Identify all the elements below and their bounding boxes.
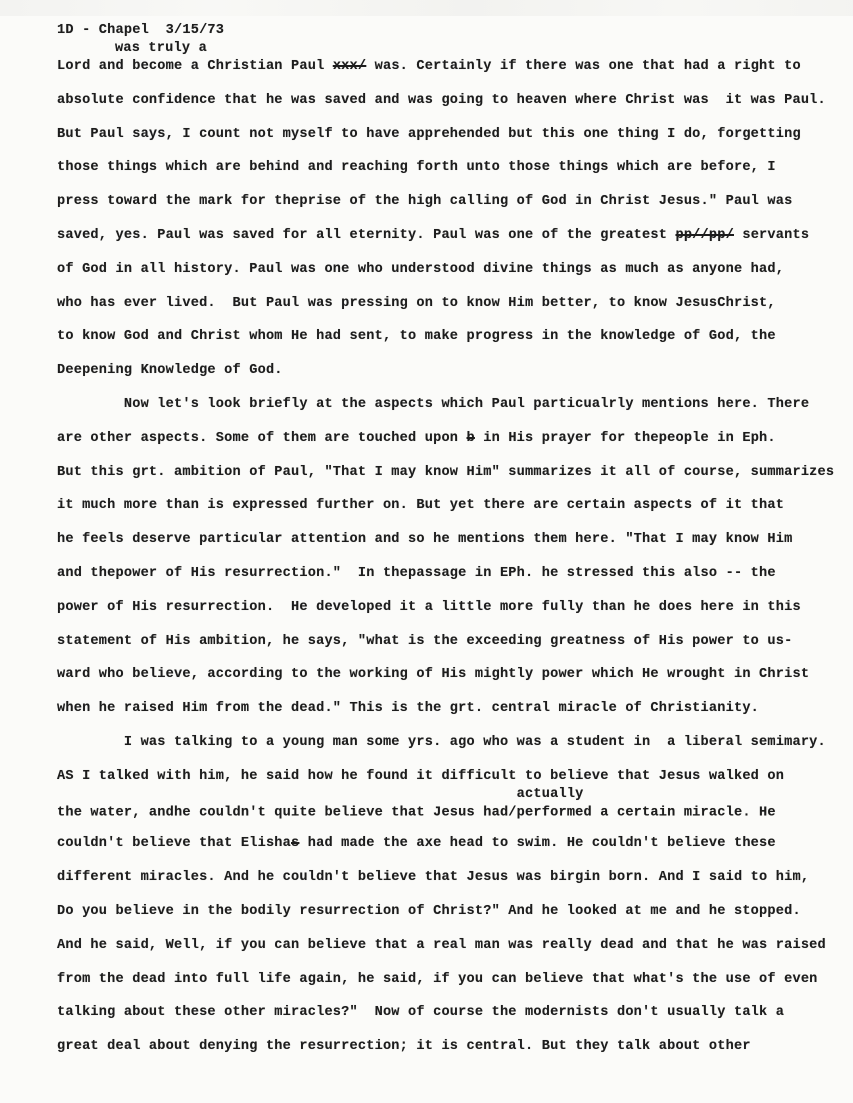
typed-line: from the dead into full life again, he s… xyxy=(57,971,843,1005)
typed-line: Now let's look briefly at the aspects wh… xyxy=(57,396,843,430)
typed-line: couldn't believe that Elishas had made t… xyxy=(57,835,843,869)
typed-text: power of His resurrection. He developed … xyxy=(57,600,801,615)
typewritten-document-page: 1D - Chapel 3/15/73 was truly a Lord and… xyxy=(0,0,853,1103)
typed-text: ward who believe, according to the worki… xyxy=(57,667,809,682)
typed-text: of God in all history. Paul was one who … xyxy=(57,262,784,277)
typed-line: I was talking to a young man some yrs. a… xyxy=(57,734,843,768)
typed-line: Deepening Knowledge of God. xyxy=(57,362,843,396)
typed-line: those things which are behind and reachi… xyxy=(57,159,843,193)
typed-text: absolute confidence that he was saved an… xyxy=(57,93,826,108)
typed-line: And he said, Well, if you can believe th… xyxy=(57,937,843,971)
typed-text: those things which are behind and reachi… xyxy=(57,160,776,175)
typed-text: had made the axe head to swim. He couldn… xyxy=(299,836,775,851)
typed-line: But Paul says, I count not myself to hav… xyxy=(57,126,843,160)
typed-line: great deal about denying the resurrectio… xyxy=(57,1038,843,1072)
typed-text: But Paul says, I count not myself to hav… xyxy=(57,127,801,142)
typed-line: are other aspects. Some of them are touc… xyxy=(57,430,843,464)
typed-text: are other aspects. Some of them are touc… xyxy=(57,431,467,446)
typed-text: Now let's look briefly at the aspects wh… xyxy=(57,397,809,412)
typed-line: it much more than is expressed further o… xyxy=(57,497,843,531)
typed-text: But this grt. ambition of Paul, "That I … xyxy=(57,465,834,480)
typed-line: power of His resurrection. He developed … xyxy=(57,599,843,633)
typed-text: great deal about denying the resurrectio… xyxy=(57,1039,751,1054)
typed-text: AS I talked with him, he said how he fou… xyxy=(57,769,784,784)
typed-text: servants xyxy=(734,228,809,243)
document-body: 1D - Chapel 3/15/73 was truly a Lord and… xyxy=(57,22,843,1072)
typed-text: And he said, Well, if you can believe th… xyxy=(57,938,826,953)
typed-line: talking about these other miracles?" Now… xyxy=(57,1004,843,1038)
typed-line: AS I talked with him, he said how he fou… xyxy=(57,768,843,802)
typed-text: he feels deserve particular attention an… xyxy=(57,532,792,547)
interlinear-insert-was-truly-a: was truly a xyxy=(57,40,843,58)
typed-line: saved, yes. Paul was saved for all etern… xyxy=(57,227,843,261)
typed-text: Deepening Knowledge of God. xyxy=(57,363,283,378)
typed-text: was. Certainly if there was one that had… xyxy=(366,59,801,74)
typed-lines-container: Lord and become a Christian Paul xxx/ wa… xyxy=(57,58,843,1072)
struck-out-text: xxx/ xyxy=(333,59,366,74)
typed-text: Lord and become a Christian Paul xyxy=(57,59,333,74)
struck-out-text: pp//pp/ xyxy=(675,228,734,243)
typed-line: when he raised Him from the dead." This … xyxy=(57,700,843,734)
typed-text: to know God and Christ whom He had sent,… xyxy=(57,329,776,344)
typed-line: he feels deserve particular attention an… xyxy=(57,531,843,565)
typed-text: couldn't believe that Elisha xyxy=(57,836,291,851)
typed-line: to know God and Christ whom He had sent,… xyxy=(57,328,843,362)
typed-line: different miracles. And he couldn't beli… xyxy=(57,869,843,903)
typed-text: from the dead into full life again, he s… xyxy=(57,972,818,987)
typed-line: Do you believe in the bodily resurrectio… xyxy=(57,903,843,937)
typed-line: the water, andhe couldn't quite believe … xyxy=(57,802,843,836)
typed-line: But this grt. ambition of Paul, "That I … xyxy=(57,464,843,498)
typed-line: of God in all history. Paul was one who … xyxy=(57,261,843,295)
interlinear-insert-text: actually xyxy=(517,786,584,803)
typed-text: who has ever lived. But Paul was pressin… xyxy=(57,296,776,311)
page-heading: 1D - Chapel 3/15/73 xyxy=(57,22,843,40)
typed-line: statement of His ambition, he says, "wha… xyxy=(57,633,843,667)
typed-line: who has ever lived. But Paul was pressin… xyxy=(57,295,843,329)
typed-line: Lord and become a Christian Paul xxx/ wa… xyxy=(57,58,843,92)
typed-text: the water, andhe couldn't quite believe … xyxy=(57,805,517,820)
typed-text: talking about these other miracles?" Now… xyxy=(57,1005,784,1020)
typed-text: and thepower of His resurrection." In th… xyxy=(57,566,776,581)
typed-text: press toward the mark for theprise of th… xyxy=(57,194,792,209)
typed-text: performed a certain miracle. He xyxy=(517,805,776,820)
typed-line: absolute confidence that he was saved an… xyxy=(57,92,843,126)
typed-line: and thepower of His resurrection." In th… xyxy=(57,565,843,599)
typed-line: press toward the mark for theprise of th… xyxy=(57,193,843,227)
typed-line: ward who believe, according to the worki… xyxy=(57,666,843,700)
typed-text: I was talking to a young man some yrs. a… xyxy=(57,735,826,750)
typed-text: in His prayer for thepeople in Eph. xyxy=(475,431,776,446)
typed-text: Do you believe in the bodily resurrectio… xyxy=(57,904,801,919)
typed-text: saved, yes. Paul was saved for all etern… xyxy=(57,228,675,243)
typed-text: it much more than is expressed further o… xyxy=(57,498,784,513)
typed-text: when he raised Him from the dead." This … xyxy=(57,701,759,716)
struck-out-text: b xyxy=(467,431,475,446)
typed-text: different miracles. And he couldn't beli… xyxy=(57,870,809,885)
typed-text: statement of His ambition, he says, "wha… xyxy=(57,634,792,649)
